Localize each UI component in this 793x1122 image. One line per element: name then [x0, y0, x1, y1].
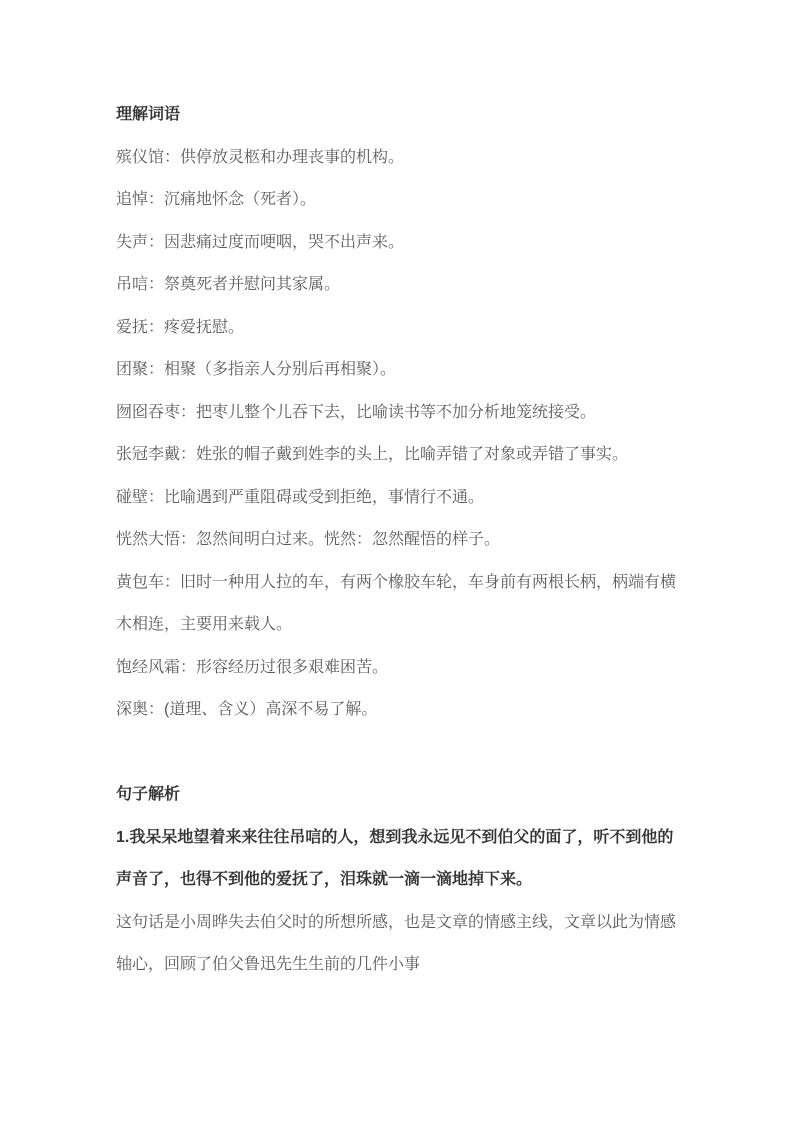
document-page: 理解词语 殡仪馆：供停放灵柩和办理丧事的机构。 追悼：沉痛地怀念（死者）。 失声… [0, 0, 793, 1122]
vocab-entry-binyiguan: 殡仪馆：供停放灵柩和办理丧事的机构。 [116, 137, 677, 180]
vocab-entry-shisheng: 失声：因悲痛过度而哽咽，哭不出声来。 [116, 222, 677, 265]
vocab-section-heading: 理解词语 [116, 94, 677, 137]
vocab-entry-pengbi: 碰壁：比喻遇到严重阻碍或受到拒绝，事情行不通。 [116, 477, 677, 520]
vocab-entry-diaoyan: 吊唁：祭奠死者并慰问其家属。 [116, 264, 677, 307]
sentence-section-heading: 句子解析 [116, 774, 677, 817]
sentence-1-analysis: 这句话是小周晔失去伯父时的所想所感，也是文章的情感主线，文章以此为情感轴心，回顾… [116, 902, 677, 987]
vocab-entry-huangrandawu: 恍然大悟：忽然间明白过来。恍然：忽然醒悟的样子。 [116, 519, 677, 562]
vocab-entry-huangbaoche: 黄包车：旧时一种用人拉的车，有两个橡胶车轮，车身前有两根长柄，柄端有横木相连，主… [116, 562, 677, 647]
section-divider-gap [116, 732, 677, 775]
vocab-entry-tuanju: 团聚：相聚（多指亲人分别后再相聚）。 [116, 349, 677, 392]
vocab-entry-baojingfengshuang: 饱经风霜：形容经历过很多艰难困苦。 [116, 647, 677, 690]
vocab-entry-aifu: 爱抚：疼爱抚慰。 [116, 307, 677, 350]
document-body: 理解词语 殡仪馆：供停放灵柩和办理丧事的机构。 追悼：沉痛地怀念（死者）。 失声… [116, 94, 677, 987]
vocab-entry-shenao: 深奥：(道理、含义）高深不易了解。 [116, 689, 677, 732]
vocab-entry-zhangguanlidai: 张冠李戴：姓张的帽子戴到姓李的头上，比喻弄错了对象或弄错了事实。 [116, 434, 677, 477]
analyzed-sentence-1: 1.我呆呆地望着来来往往吊唁的人，想到我永远见不到伯父的面了，听不到他的声音了，… [116, 817, 677, 902]
vocab-entry-zhuidao: 追悼：沉痛地怀念（死者）。 [116, 179, 677, 222]
vocab-entry-hulutunzao: 囫囵吞枣：把枣儿整个儿吞下去，比喻读书等不加分析地笼统接受。 [116, 392, 677, 435]
